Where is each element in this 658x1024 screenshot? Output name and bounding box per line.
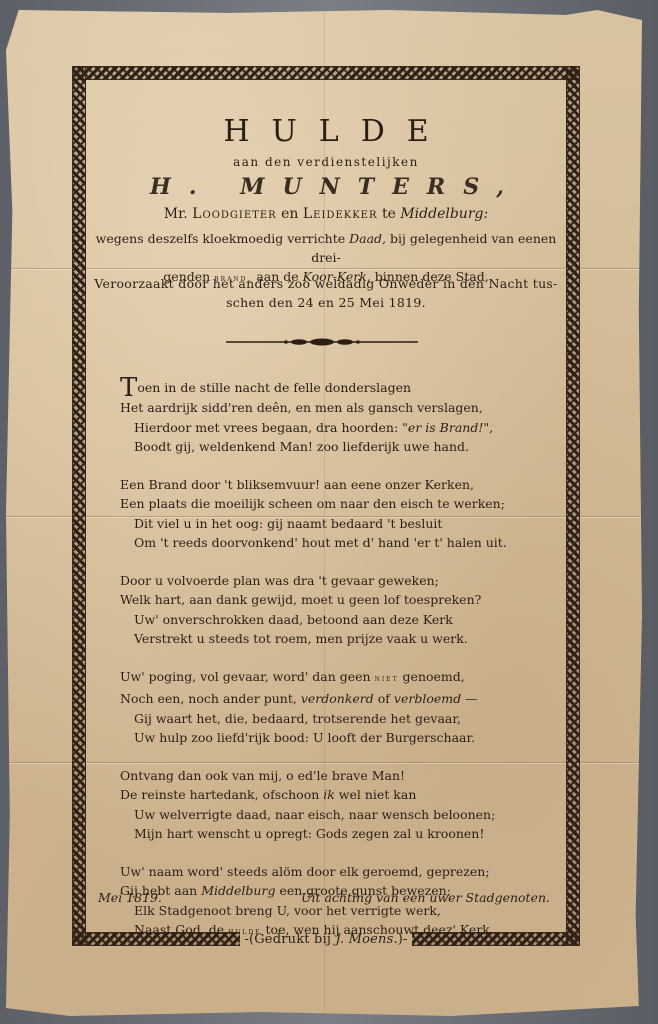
stanza-4: Uw' poging, vol gevaar, word' dan geen n… [120,667,560,748]
footer-signature: Uit achting van een uwer Stadgenoten. [301,890,550,905]
stanza-3: Door u volvoerde plan was dra 't gevaar … [120,571,560,649]
honoree-trade: Mr. Loodgieter en Leidekker te Middelbur… [72,206,580,222]
stanza-5: Ontvang dan ook van mij, o ed'le brave M… [120,766,560,844]
border-top [72,66,580,80]
ornament-divider [224,338,420,346]
cause-statement: Veroorzaakt door het anders zoo weldadig… [92,274,560,312]
honoree-name: H. MUNTERS, [72,174,580,200]
document-title: HULDE [72,114,580,149]
footer-date: Mei 1819. [98,890,162,905]
broadsheet-paper: -(Gedrukt bij J. Moens.)- HULDE aan den … [6,10,642,1016]
document-subtitle: aan den verdienstelijken [72,155,580,169]
footer: Mei 1819. Uit achting van een uwer Stadg… [98,890,550,905]
stanza-1: Toen in de stille nacht de felle donders… [120,378,560,457]
poem: Toen in de stille nacht de felle donders… [120,378,560,961]
stanza-2: Een Brand door 't bliksemvuur! aan eene … [120,475,560,553]
ornamental-frame: -(Gedrukt bij J. Moens.)- HULDE aan den … [72,66,580,946]
